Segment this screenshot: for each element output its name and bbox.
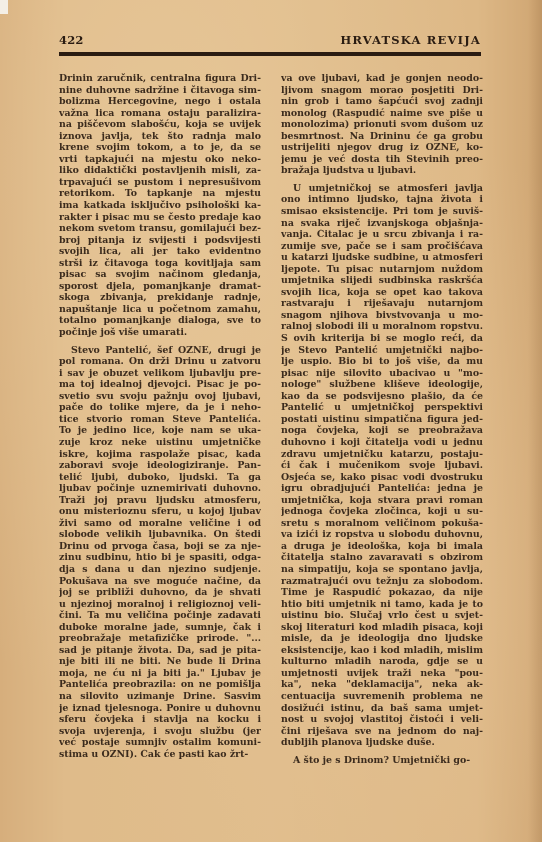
text-line: razmatrajući ovu težnju za slobodom.	[281, 576, 483, 588]
text-line: rastvaraju i riješavaju nutarnjom	[281, 298, 483, 310]
text-line: krene svojim tokom, a to je, da se	[59, 142, 261, 154]
text-line: pisac nije silovito ubacivao u "mo-	[281, 368, 483, 380]
text-line: snagom njihova bivstvovanja u mo-	[281, 310, 483, 322]
text-line: je iznad tjelesnoga. Ponire u duhovnu	[59, 703, 261, 715]
text-line: čini riješava sve na jednom do naj-	[281, 726, 483, 738]
text-line: postati uistinu simpatična figura jed-	[281, 414, 483, 426]
text-line: centuacija suvremenih problema ne	[281, 691, 483, 703]
text-line: vanja. Čitalac je u srcu zbivanja i ra-	[281, 229, 483, 241]
text-line: retorikom. To tapkanje na mjestu	[59, 188, 261, 200]
text-line: duhovno i koji čitatelja vodi u jednu	[281, 437, 483, 449]
text-line: ustrijeliti njegov drug iz OZNE, ko-	[281, 142, 483, 154]
text-line: svojih lica, koja se opet kao takova	[281, 287, 483, 299]
text-line: je Stevo Pantelić umjetnički najbo-	[281, 345, 483, 357]
text-line: svojih lica, ali jer tako evidentno	[59, 246, 261, 258]
text-line: sad je pitanje života. Da, sad je pita-	[59, 645, 261, 657]
text-line: liko didaktički postavljenih misli, za-	[59, 165, 261, 177]
text-line: Drinu od prvoga časa, boji se za nje-	[59, 541, 261, 553]
text-line: broj pitanja iz svijesti i podsvijesti	[59, 235, 261, 247]
text-line: totalno pomanjkanje dialoga, sve to	[59, 315, 261, 327]
text-line: zdravu umjetničku katarzu, postaju-	[281, 449, 483, 461]
text-line: monolozima) prionuti svom dušom uz	[281, 119, 483, 131]
text-line: Pantelića preobrazila: on ne pomišlja	[59, 679, 261, 691]
text-line: zumije sve, pače se i sam pročišćava	[281, 241, 483, 253]
text-columns: Drinin zaručnik, centralna figura Dri-ni…	[59, 73, 483, 772]
text-line: a druga je ideološka, koja bi imala	[281, 541, 483, 553]
text-line: napuštanje lica u početnom zamahu,	[59, 304, 261, 316]
text-line: moja, ne ću ni ja biti ja." Ljubav je	[59, 668, 261, 680]
text-line: igru obradjujući Pantelića: jedna je	[281, 483, 483, 495]
text-line: ima katkada isključivo psihološki ka-	[59, 200, 261, 212]
text-line: pače do tolike mjere, da je i neho-	[59, 402, 261, 414]
paragraph: A što je s Drinom? Umjetnički go-	[281, 755, 483, 767]
text-line: preobražaje metafizičke prirode. "...	[59, 633, 261, 645]
text-line: vrti tapkajući na mjestu oko neko-	[59, 154, 261, 166]
text-line: iskre, kojima raspolaže pisac, kada	[59, 449, 261, 461]
text-line: pisac sa svojim načinom gledanja,	[59, 269, 261, 281]
text-line: rakter i pisac mu se često predaje kao	[59, 212, 261, 224]
text-line: umjetnička, koja stvara pravi roman	[281, 495, 483, 507]
text-line: iznova javlja, tek što radnja malo	[59, 131, 261, 143]
text-line: Drinin zaručnik, centralna figura Dri-	[59, 73, 261, 85]
text-line: onu misterioznu sferu, u kojoj ljubav	[59, 506, 261, 518]
text-line: sporost djela, pomanjkanje dramat-	[59, 281, 261, 293]
text-line: smisao eksistencije. Pri tom je suviš-	[281, 206, 483, 218]
text-line: pol romana. On drži Drinu u zatvoru	[59, 356, 261, 368]
text-line: U umjetničkoj se atmosferi javlja	[281, 183, 483, 195]
text-line: svetio svu svoju pažnju ovoj ljubavi,	[59, 391, 261, 403]
page-corner-mark	[0, 0, 8, 14]
text-line: na piščevom slabošću, koja se uvijek	[59, 119, 261, 131]
text-line: Osjeća se, kako pisac vodi dvostruku	[281, 472, 483, 484]
text-line: nje biti ili ne biti. Ne bude li Drina	[59, 656, 261, 668]
paragraph: U umjetničkoj se atmosferi javljaono int…	[281, 183, 483, 749]
text-line: umjetnosti uvijek traži neka "pou-	[281, 668, 483, 680]
text-line: S ovih kriterija bi se moglo reći, da	[281, 333, 483, 345]
text-line: tice stvorio roman Steve Pantelića.	[59, 414, 261, 426]
text-line: monolog (Raspudić naime sve piše u	[281, 108, 483, 120]
text-line: zuje kroz neke uistinu umjetničke	[59, 437, 261, 449]
text-line: va ove ljubavi, kad je gonjen neodo-	[281, 73, 483, 85]
text-line: bražaja ljudstva u ljubavi.	[281, 165, 483, 177]
right-column: va ove ljubavi, kad je gonjen neodo-ljiv…	[281, 73, 483, 772]
journal-title: HRVATSKA REVIJA	[340, 33, 481, 47]
text-line: na simpatiju, koja se spontano javlja,	[281, 564, 483, 576]
text-line: va izići iz ropstva u slobodu duhovnu,	[281, 529, 483, 541]
text-line: nologe" službene kliševe ideologije,	[281, 379, 483, 391]
text-line: dubljih planova ljudske duše.	[281, 737, 483, 749]
text-line: nost u svojoj vlastitoj čistoći i veli-	[281, 714, 483, 726]
page-number: 422	[59, 33, 84, 47]
text-line: joj se približi duhovno, da je shvati	[59, 587, 261, 599]
text-line: važna lica romana ostaju paralizira-	[59, 108, 261, 120]
text-line: slobode velikih ljubavnika. On štedi	[59, 529, 261, 541]
text-line: kulturno mladih naroda, gdje se u	[281, 656, 483, 668]
text-line: sretu s moralnom veličinom pokuša-	[281, 518, 483, 530]
text-line: čini. Ta mu veličina počinje zadavati	[59, 610, 261, 622]
text-line: skoga zbivanja, prekidanje radnje,	[59, 292, 261, 304]
text-line: uistinu bio. Slučaj vrlo čest u svjet-	[281, 610, 483, 622]
text-line: eksistencije, kao i kod mladih, mislim	[281, 645, 483, 657]
text-line: sferu čovjeka i stavlja na kocku i	[59, 714, 261, 726]
text-line: lje uspio. Bio bi to još više, da mu	[281, 356, 483, 368]
text-line: ralnoj slobodi ili u moralnom ropstvu.	[281, 321, 483, 333]
running-head: 422 HRVATSKA REVIJA	[59, 33, 481, 47]
text-line: bolizma Hercegovine, nego i ostala	[59, 96, 261, 108]
text-line: nekom svetom transu, gomilajući bez-	[59, 223, 261, 235]
text-line: Stevo Pantelić, šef OZNE, drugi je	[59, 345, 261, 357]
text-line: živi samo od moralne veličine i od	[59, 518, 261, 530]
text-line: ka", neka "deklamacija", neka ak-	[281, 679, 483, 691]
text-line: ma toj idealnoj djevojci. Pisac je po-	[59, 379, 261, 391]
text-line: telić ljubi, duboko, ljudski. Ta ga	[59, 472, 261, 484]
text-line: skoj literaturi kod mladih pisaca, koji	[281, 622, 483, 634]
text-line: nine duhovne sadržine i čitavoga sim-	[59, 85, 261, 97]
text-line: dja s dana u dan njezino sudjenje.	[59, 564, 261, 576]
text-line: na svaka riječ izvanjskoga objašnja-	[281, 218, 483, 230]
text-line: svoja uvjerenja, i svoju službu (jer	[59, 726, 261, 738]
text-line: kao da se podsvijesno plašio, da će	[281, 391, 483, 403]
text-line: ljivom snagom morao posjetiti Dri-	[281, 85, 483, 97]
text-line: umjetnika slijedi sudbinska raskršća	[281, 275, 483, 287]
text-line: besmrtnost. Na Drininu će ga grobu	[281, 131, 483, 143]
text-line: noga čovjeka, koji se preobražava	[281, 425, 483, 437]
paragraph: Drinin zaručnik, centralna figura Dri-ni…	[59, 73, 261, 339]
text-line: ono intimno ljudsko, tajna života i	[281, 194, 483, 206]
text-line: Pokušava na sve moguće načine, da	[59, 576, 261, 588]
text-line: jemu je već dosta tih Stevinih preo-	[281, 154, 483, 166]
text-line: ći čak i mučenikom svoje ljubavi.	[281, 460, 483, 472]
left-column: Drinin zaručnik, centralna figura Dri-ni…	[59, 73, 261, 772]
text-line: zinu sudbinu, htio bi je spasiti, odga-	[59, 552, 261, 564]
text-line: počinje još više umarati.	[59, 327, 261, 339]
text-line: Pantelić u umjetničkoj perspektivi	[281, 402, 483, 414]
text-line: na silovito uzimanje Drine. Sasvim	[59, 691, 261, 703]
text-line: u katarzi ljudske sudbine, u atmosferi	[281, 252, 483, 264]
text-line: nin grob i tamo šapćući svoj zadnji	[281, 96, 483, 108]
text-line: ljubav počinje uznemirivati duhovno.	[59, 483, 261, 495]
text-line: ljepote. Tu pisac nutarnjom nuždom	[281, 264, 483, 276]
text-line: jednoga čovjeka zločinca, koji u su-	[281, 506, 483, 518]
text-line: misle, da je ideologija dno ljudske	[281, 633, 483, 645]
text-line: i sav je obuzet velikom ljubavlju pre-	[59, 368, 261, 380]
text-line: Traži joj pravu ljudsku atmosferu,	[59, 495, 261, 507]
text-line: dosižući istinu, da baš sama umjet-	[281, 703, 483, 715]
text-line: Time je Raspudić pokazao, da nije	[281, 587, 483, 599]
header-rule	[59, 52, 481, 56]
text-line: trpavajući se pustom i nepresušivom	[59, 177, 261, 189]
text-line: već postaje sumnjiv ostalim komuni-	[59, 737, 261, 749]
text-line: zaboravi svoje ideologiziranje. Pan-	[59, 460, 261, 472]
text-line: strši iz čitavoga toga kovitljaja sam	[59, 258, 261, 270]
text-line: A što je s Drinom? Umjetnički go-	[281, 755, 483, 767]
scanned-journal-page: 422 HRVATSKA REVIJA Drinin zaručnik, cen…	[0, 0, 542, 842]
text-line: čitatelja stalno zavaravati s obzirom	[281, 552, 483, 564]
text-line: u njezinoj moralnoj i religioznoj veli-	[59, 599, 261, 611]
text-line: duboke moralne jade, sumnje, čak i	[59, 622, 261, 634]
text-line: stima u OZNI). Čak će pasti kao žrt-	[59, 749, 261, 761]
text-line: htio biti umjetnik ni tamo, kada je to	[281, 599, 483, 611]
text-line: To je jedino lice, koje nam se uka-	[59, 425, 261, 437]
paragraph: va ove ljubavi, kad je gonjen neodo-ljiv…	[281, 73, 483, 177]
paragraph: Stevo Pantelić, šef OZNE, drugi jepol ro…	[59, 345, 261, 761]
